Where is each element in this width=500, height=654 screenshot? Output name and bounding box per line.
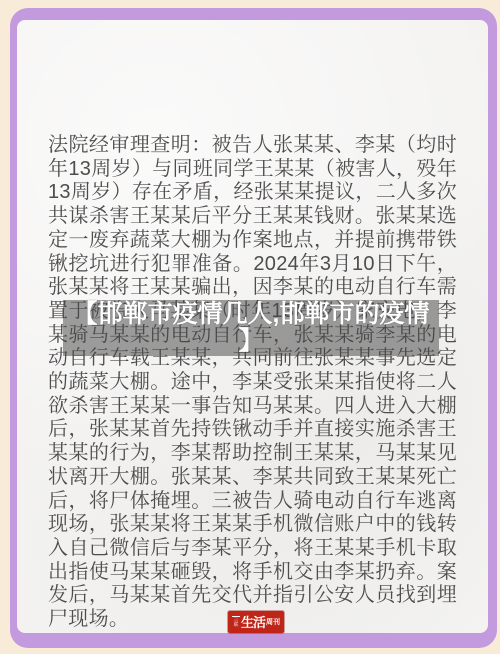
title-overlay-bar: 【邯郸市疫情几人,邯郸市的疫情 】 xyxy=(63,300,439,356)
article-image: 法院经审理查明：被告人张某某、李某（均时年13周岁）与同班同学王某某（被害人，殁… xyxy=(0,0,500,654)
overlay-title-line2: 】 xyxy=(238,328,263,355)
magazine-logo-suffix: 周刊 xyxy=(266,619,280,626)
court-finding-text: 法院经审理查明：被告人张某某、李某（均时年13周岁）与同班同学王某某（被害人，殁… xyxy=(48,134,457,632)
magazine-logo-main: 生活 xyxy=(241,616,265,629)
magazine-logo: 三联 生活 周刊 xyxy=(228,611,284,633)
overlay-title-line1: 【邯郸市疫情几人,邯郸市的疫情 xyxy=(73,301,430,328)
magazine-logo-prefix: 三联 xyxy=(232,616,240,628)
